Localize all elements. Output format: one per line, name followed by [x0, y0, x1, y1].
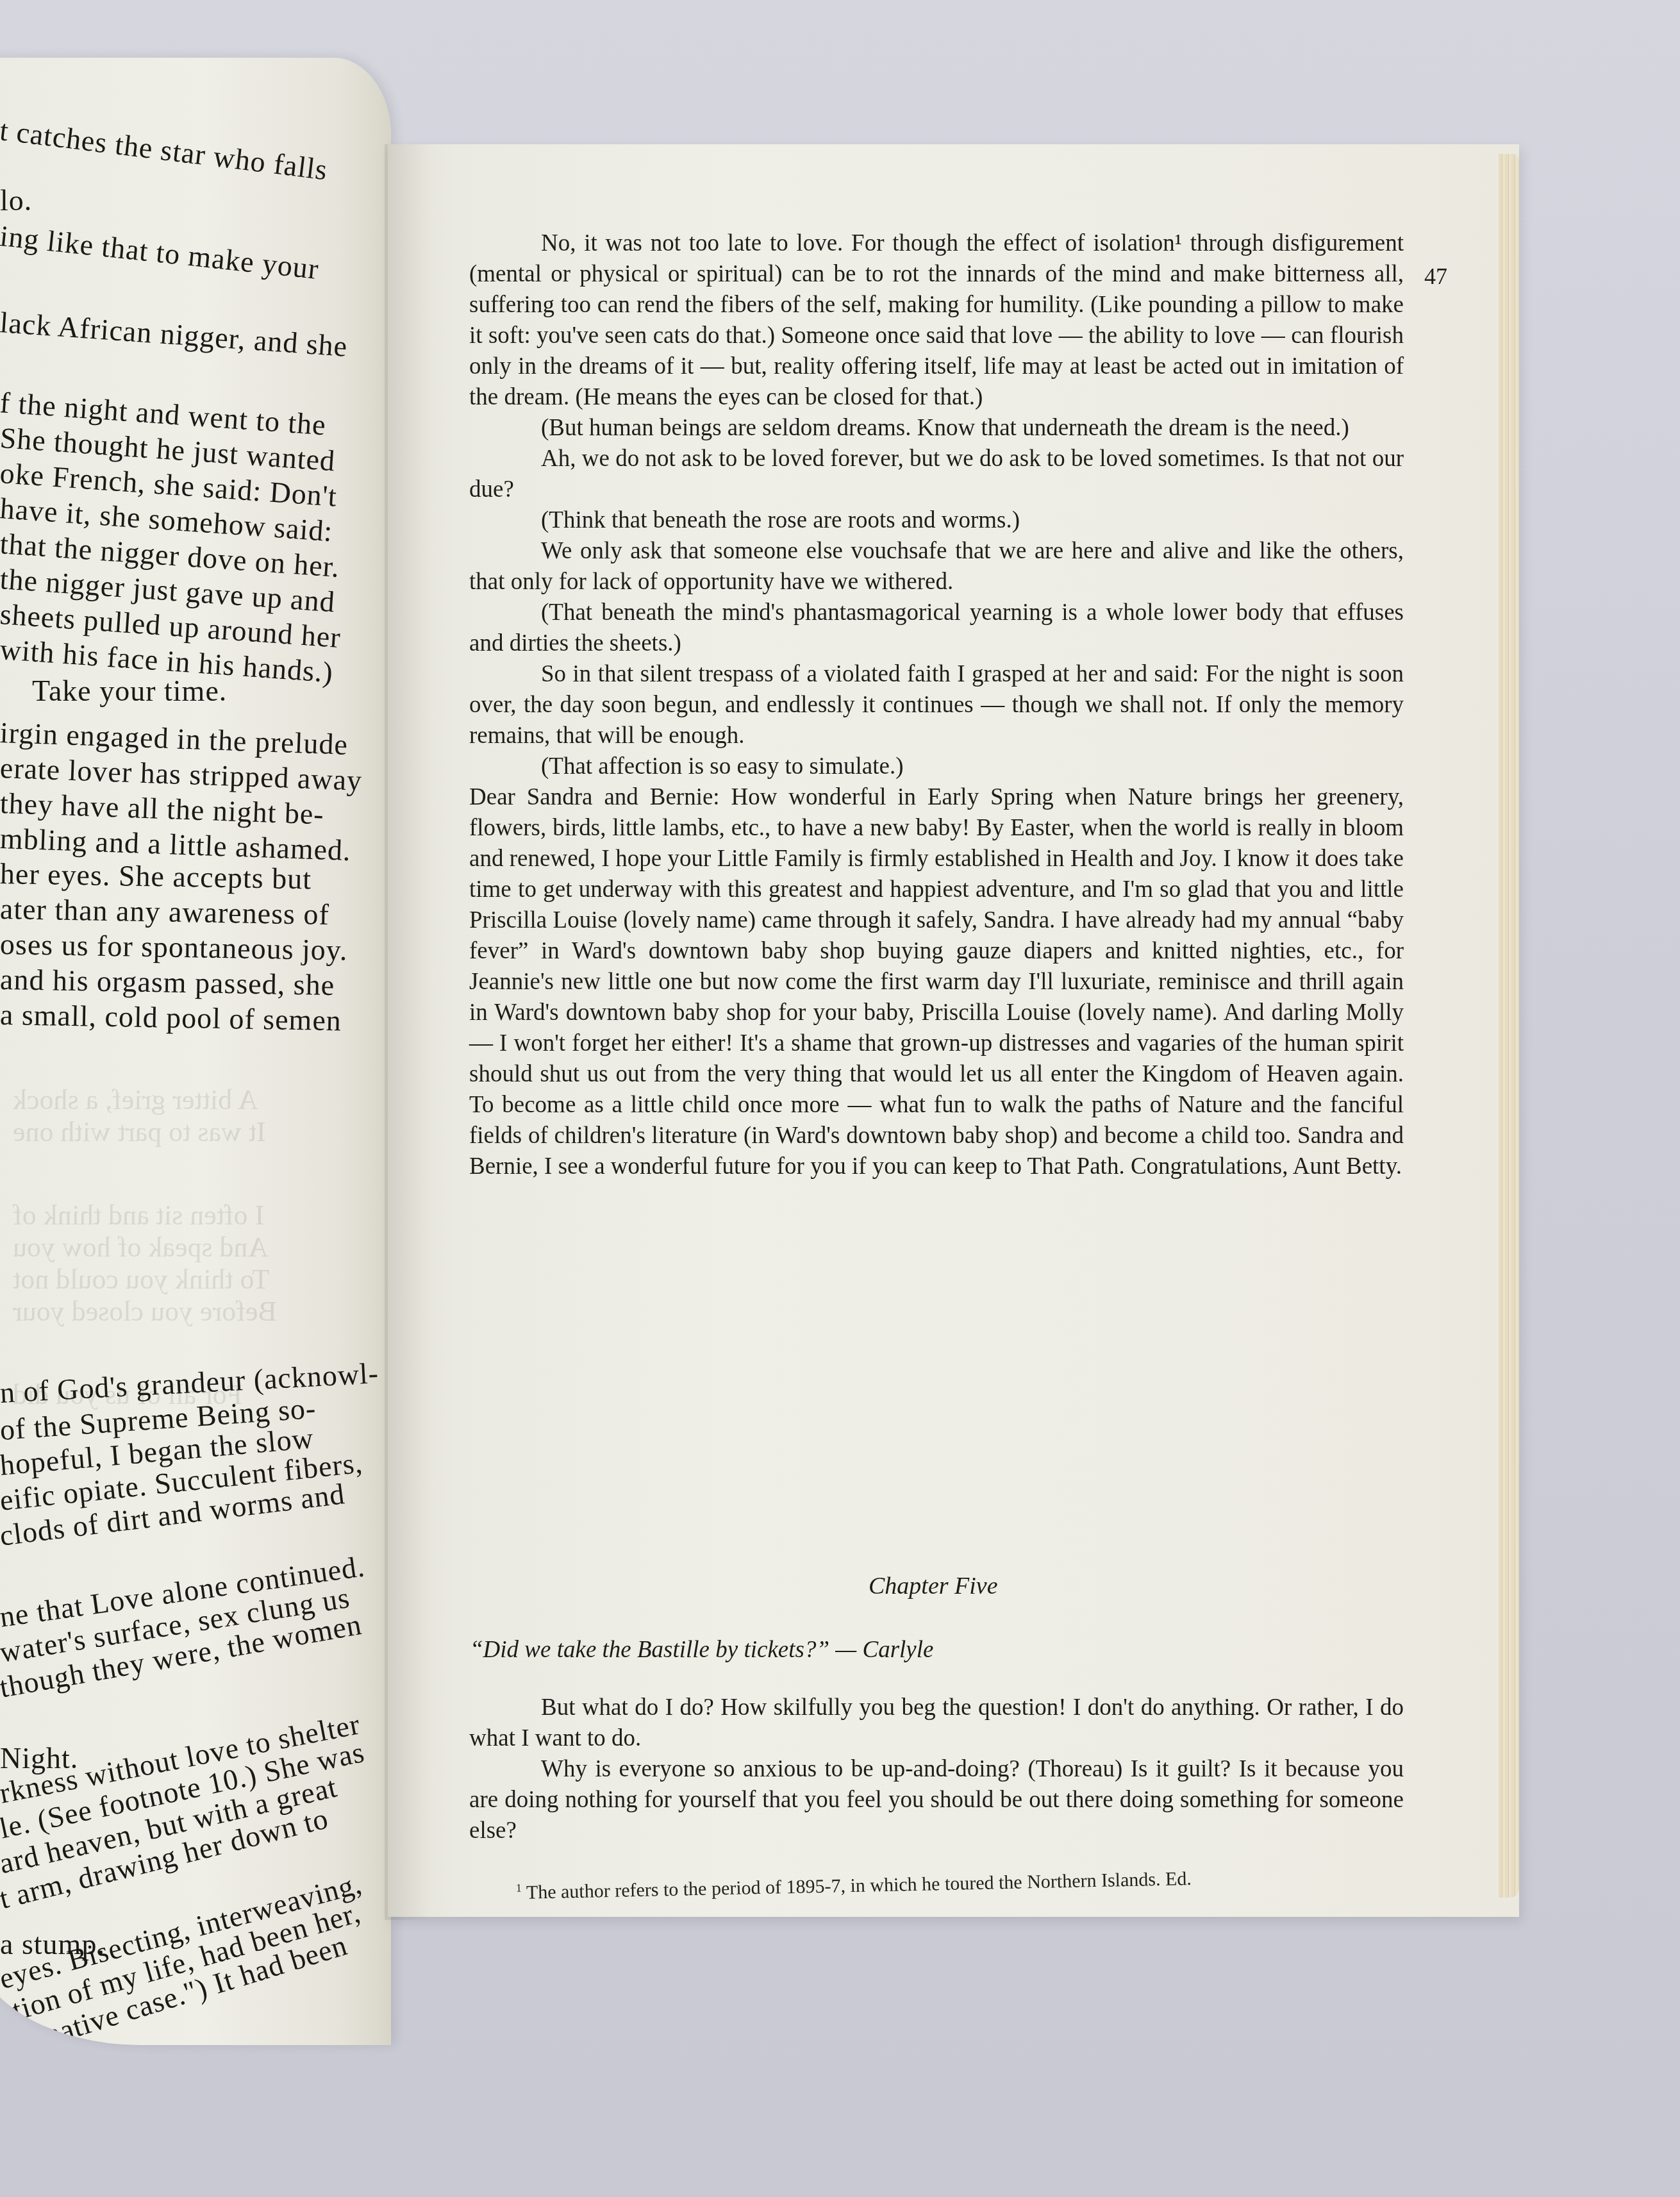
- paragraph: So in that silent trespass of a violated…: [469, 659, 1404, 751]
- gutter-shadow: [385, 144, 429, 1920]
- paragraph: But what do I do? How skilfully you beg …: [469, 1692, 1404, 1754]
- paragraph: Ah, we do not ask to be loved forever, b…: [469, 444, 1404, 505]
- left-text-line: oses us for spontaneous joy.: [0, 930, 348, 965]
- paragraph: No, it was not too late to love. For tho…: [469, 228, 1404, 413]
- footnote-marker: 1: [516, 1882, 522, 1894]
- left-text-line: Take your time.: [32, 676, 227, 706]
- left-text-line: ater than any awareness of: [0, 894, 329, 930]
- left-page: A bitter grief, a shock It was to part w…: [0, 58, 391, 2045]
- paragraph: (But human beings are seldom dreams. Kno…: [469, 413, 1404, 444]
- show-through-line: And speak of how you: [13, 1231, 268, 1264]
- chapter-title: Chapter Five: [869, 1572, 998, 1600]
- paragraph: Why is everyone so anxious to be up-and-…: [469, 1754, 1404, 1846]
- paragraph: (That affection is so easy to simulate.): [469, 751, 1404, 782]
- left-text-line: ing like that to make your: [0, 221, 320, 284]
- photo-scene: A bitter grief, a shock It was to part w…: [0, 0, 1680, 2197]
- paragraph: (Think that beneath the rose are roots a…: [469, 505, 1404, 536]
- paragraph: We only ask that someone else vouchsafe …: [469, 536, 1404, 597]
- left-text-line: and his orgasm passed, she: [0, 965, 335, 1000]
- paragraph: (That beneath the mind's phantasmagorica…: [469, 597, 1404, 659]
- page-number: 47: [1424, 263, 1447, 290]
- left-text-line: t catches the star who falls: [0, 115, 329, 185]
- chapter-epigraph: “Did we take the Bastille by tickets?” —…: [470, 1636, 933, 1664]
- show-through-line: A bitter grief, a shock: [13, 1083, 258, 1116]
- left-text-line: lack African nigger, and she: [0, 308, 349, 362]
- chapter-body-text: But what do I do? How skilfully you beg …: [469, 1692, 1404, 1846]
- show-through-line: I often sit and think of: [13, 1199, 264, 1232]
- left-text-line: her eyes. She accepts but: [0, 859, 312, 894]
- show-through-line: To think you could not: [13, 1263, 269, 1296]
- letter-paragraph: Dear Sandra and Bernie: How wonderful in…: [469, 782, 1404, 1182]
- left-text-line: lo.: [0, 186, 32, 215]
- show-through-line: It was to part with one: [13, 1115, 266, 1148]
- page-edges: [1499, 154, 1519, 1898]
- left-text-line: a small, cold pool of semen: [0, 1000, 342, 1035]
- body-text: No, it was not too late to love. For tho…: [469, 228, 1404, 1182]
- show-through-line: Before you closed your: [13, 1295, 277, 1328]
